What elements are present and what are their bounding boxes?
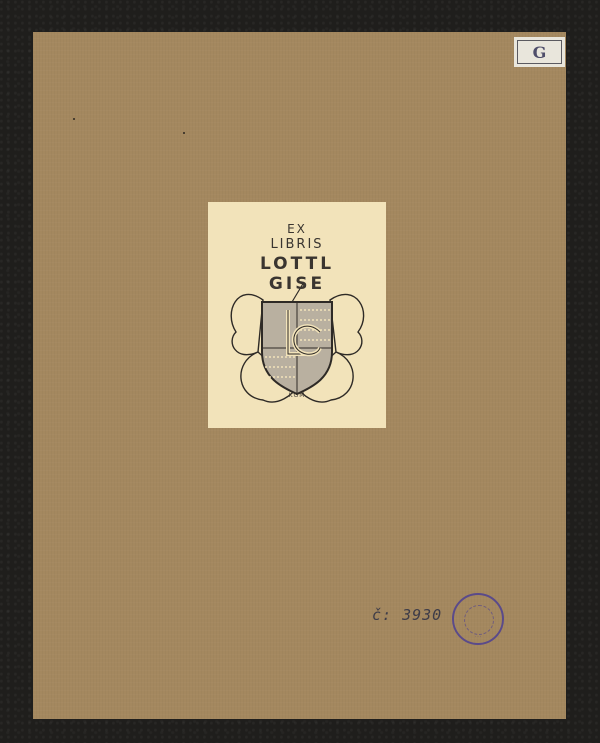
inventory-number: č: 3930 xyxy=(372,606,442,624)
stamp-emblem-icon xyxy=(464,605,494,635)
speck xyxy=(73,118,75,120)
speck xyxy=(183,132,185,134)
shelf-label-text: G xyxy=(517,40,562,64)
bookplate: EX LIBRIS LOTTL GISE KGM xyxy=(208,202,386,428)
artist-initials: KGM xyxy=(208,392,386,399)
shelf-label: G xyxy=(514,37,565,67)
bookplate-libris: LIBRIS xyxy=(208,237,386,252)
bookplate-name-line2: GISE xyxy=(208,274,386,294)
bookplate-name-line1: LOTTL xyxy=(208,254,386,274)
library-stamp: · · · xyxy=(452,593,504,645)
stamp-text: · · · xyxy=(454,634,502,639)
bookplate-ex: EX xyxy=(208,222,386,236)
